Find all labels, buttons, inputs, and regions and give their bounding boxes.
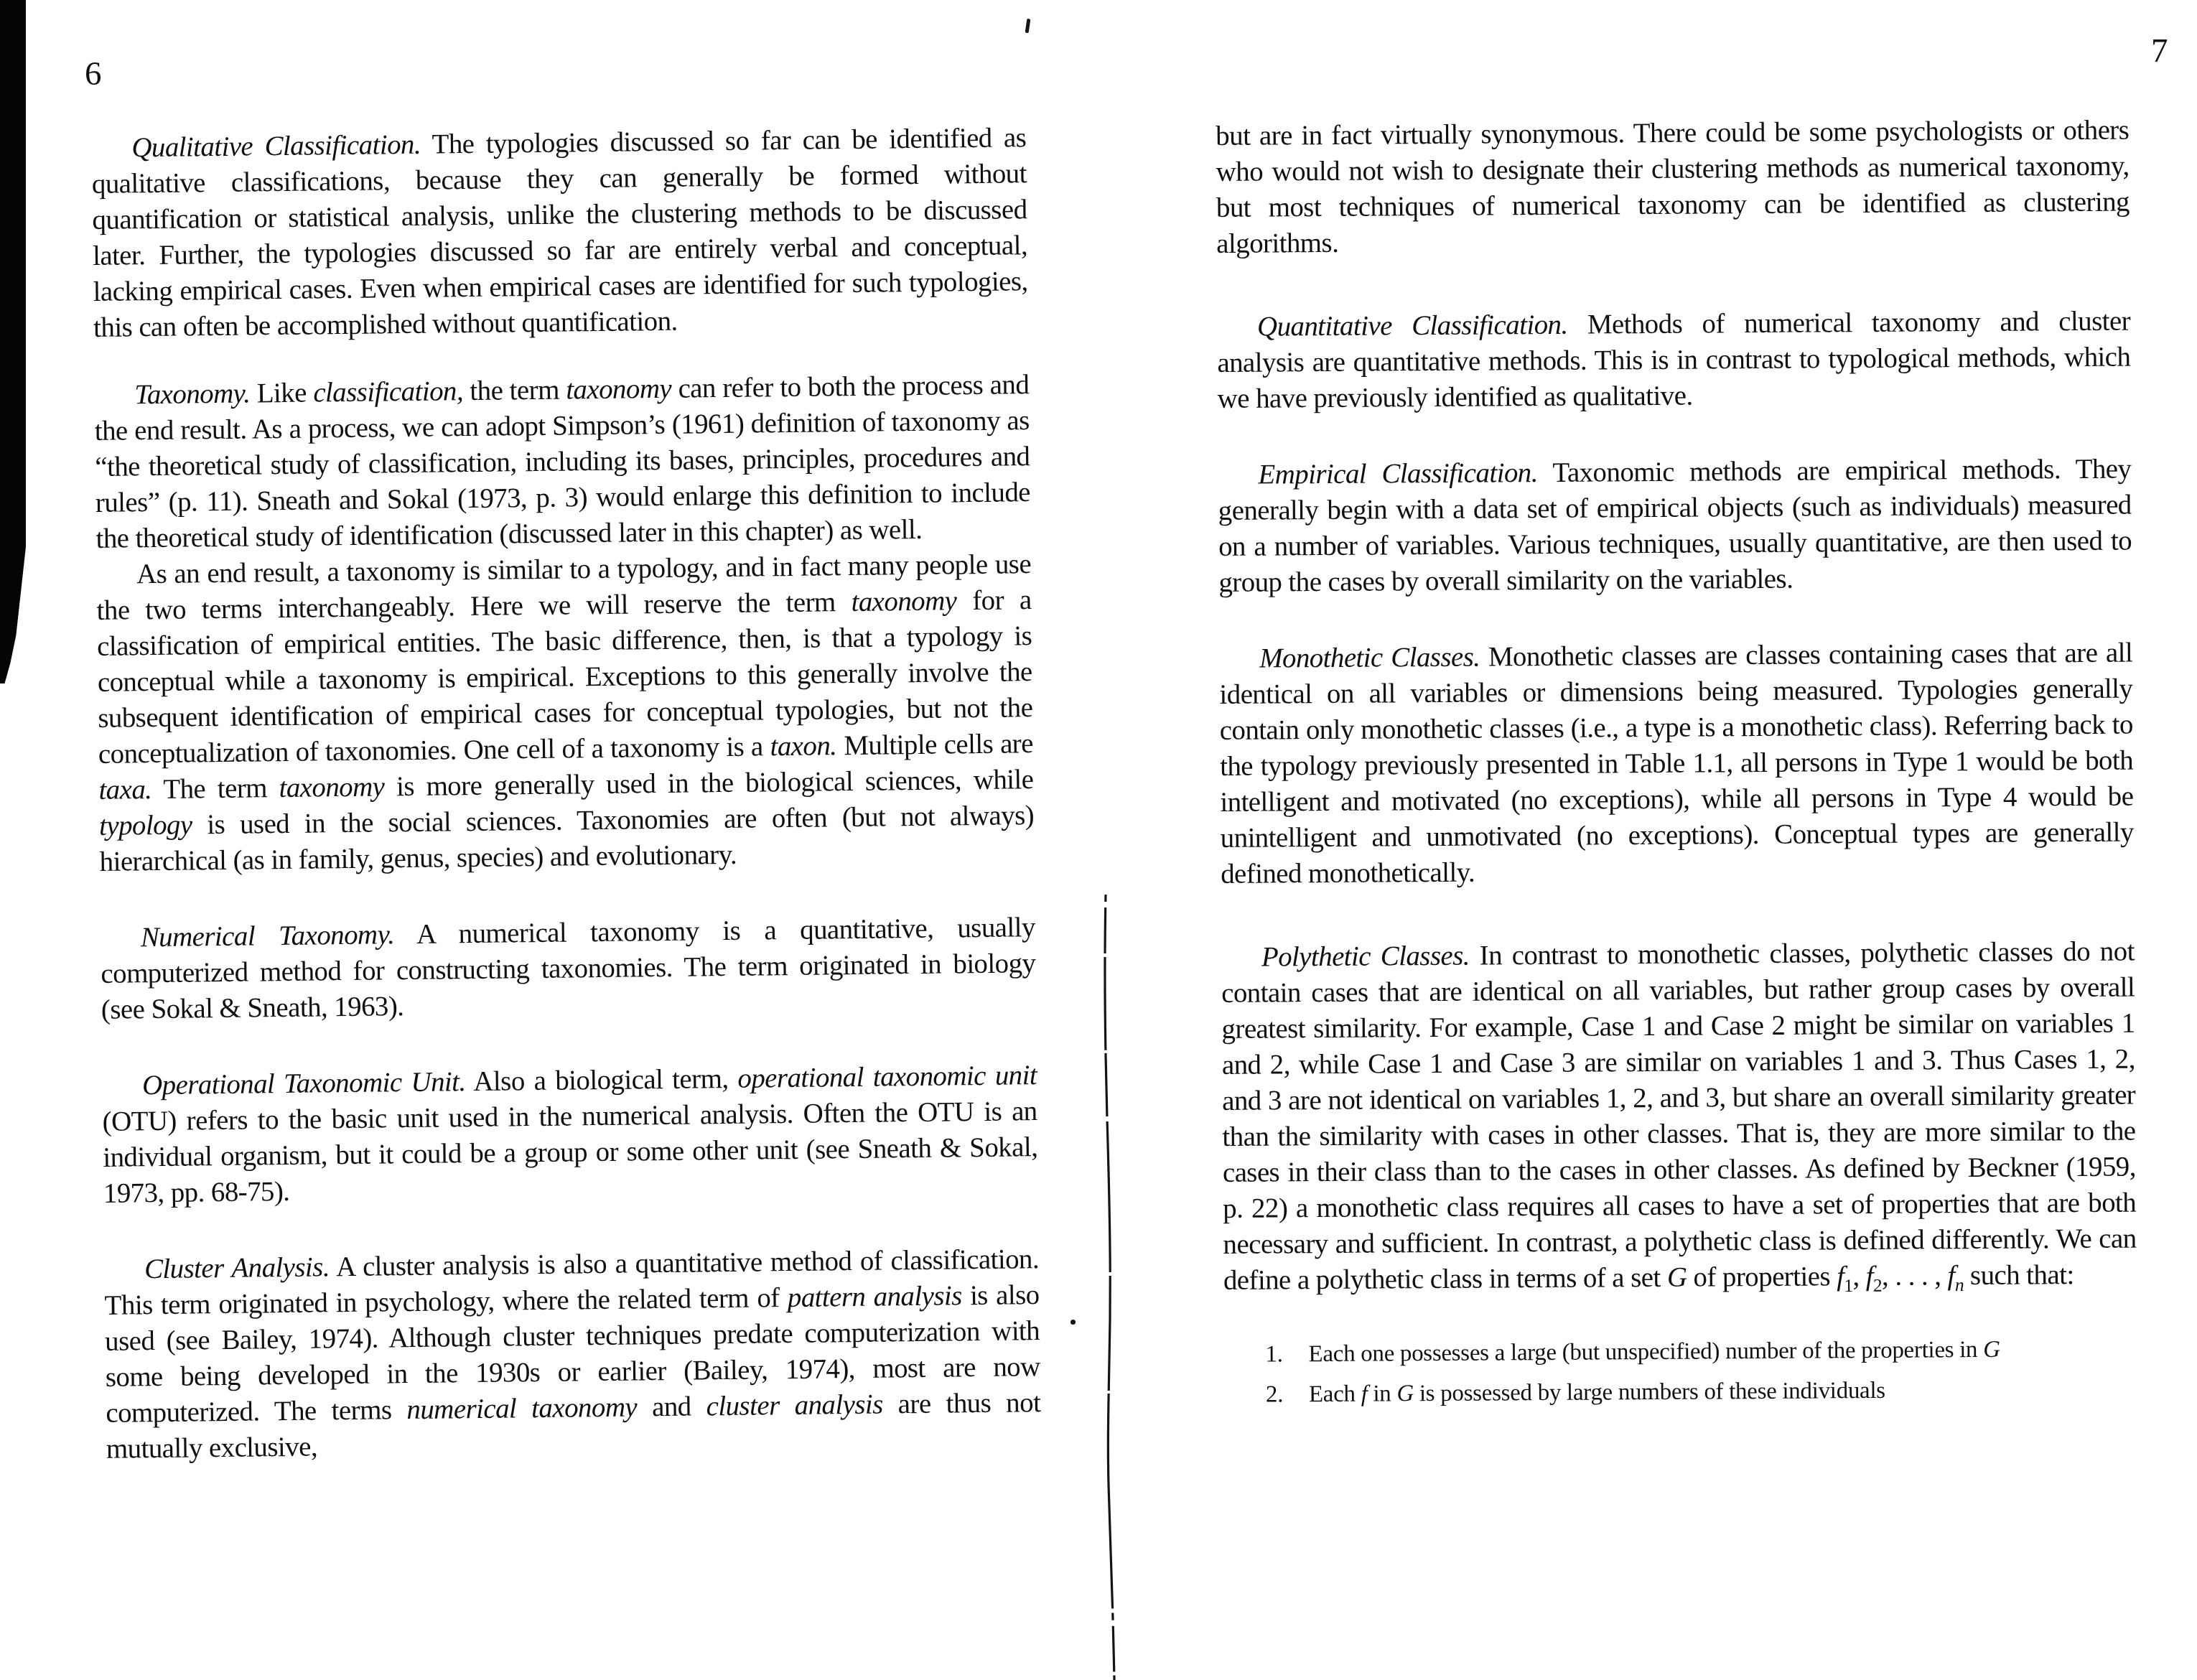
paragraph: Cluster Analysis. A cluster analysis is …	[104, 1241, 1041, 1467]
text-run: in	[1367, 1381, 1396, 1406]
italic-text-run: Polythetic Classes.	[1261, 941, 1470, 973]
italic-text-run: G	[1667, 1262, 1687, 1293]
numbered-list: 1.Each one possesses a large (but unspec…	[1223, 1333, 2137, 1411]
paragraph: As an end result, a taxonomy is similar …	[96, 546, 1035, 880]
text-run: , . . . ,	[1882, 1260, 1948, 1292]
gutter-fold-line	[1096, 882, 1127, 1680]
italic-text-run: pattern analysis	[788, 1280, 962, 1313]
paragraph: Qualitative Classification. The typologi…	[91, 120, 1028, 346]
paragraph: Quantitative Classification. Methods of …	[1217, 304, 2131, 417]
text-run: In contrast to monothetic classes, polyt…	[1221, 936, 2137, 1296]
text-run: The term	[151, 773, 279, 805]
italic-text-run: Numerical Taxonomy.	[141, 919, 395, 953]
text-run: Also a biological term,	[465, 1063, 737, 1097]
italic-text-run: operational taxonomic unit	[737, 1060, 1037, 1094]
italic-text-run: Qualitative Classification.	[131, 129, 421, 164]
right-page-text-column: but are in fact virtually synonymous. Th…	[1215, 0, 2137, 1411]
italic-text-run: typology	[99, 809, 192, 841]
text-run: (OTU) refers to the basic unit used in t…	[102, 1096, 1037, 1209]
text-run: Multiple cells are	[836, 728, 1033, 761]
text-run: Each	[1309, 1381, 1361, 1407]
paragraph: Empirical Classification. Taxonomic meth…	[1218, 452, 2132, 601]
page-number-right: 7	[2151, 32, 2168, 70]
text-run: but are in fact virtually synonymous. Th…	[1216, 115, 2130, 259]
text-run: such that:	[1964, 1259, 2074, 1291]
italic-text-run: f	[1947, 1260, 1955, 1291]
text-run: of properties	[1687, 1261, 1837, 1292]
text-run: is possessed by large numbers of these i…	[1414, 1378, 1885, 1406]
text-run: the term	[463, 375, 566, 407]
paragraph: Numerical Taxonomy. A numerical taxonomy…	[101, 910, 1037, 1028]
text-run: and	[637, 1391, 706, 1422]
paragraph: Operational Taxonomic Unit. Also a biolo…	[102, 1058, 1038, 1212]
italic-text-run: G	[1983, 1337, 2000, 1363]
italic-text-run: f	[1837, 1261, 1844, 1292]
italic-text-run: classification,	[313, 375, 463, 408]
text-run: Monothetic classes are classes containin…	[1219, 638, 2134, 890]
italic-text-run: numerical taxonomy	[406, 1391, 637, 1425]
italic-text-run: Cluster Analysis.	[144, 1251, 330, 1284]
scan-speck	[1025, 19, 1031, 34]
scan-speck	[1070, 1320, 1076, 1325]
italic-text-run: f	[1866, 1261, 1874, 1292]
italic-text-run: Operational Taxonomic Unit.	[142, 1066, 466, 1101]
text-run: is more generally used in the biological…	[384, 764, 1034, 802]
italic-text-run: Monothetic Classes.	[1259, 642, 1480, 674]
list-item-marker: 1.	[1265, 1338, 1282, 1371]
text-run: 1	[1844, 1276, 1852, 1296]
italic-text-run: Empirical Classification.	[1258, 457, 1538, 490]
paragraph: Taxonomy. Like classification, the term …	[94, 367, 1031, 557]
italic-text-run: Quantitative Classification.	[1257, 309, 1568, 342]
paragraph: Monothetic Classes. Monothetic classes a…	[1219, 635, 2134, 892]
list-item-marker: 2.	[1266, 1378, 1283, 1411]
text-run: is used in the social sciences. Taxonomi…	[99, 800, 1034, 877]
text-run: Each one possesses a large (but unspecif…	[1308, 1337, 1983, 1367]
text-run: Like	[250, 378, 313, 409]
italic-text-run: taxonomy	[279, 771, 384, 803]
italic-text-run: G	[1396, 1381, 1414, 1406]
italic-text-run: taxa.	[98, 774, 151, 806]
italic-text-run: taxonomy	[566, 373, 671, 406]
italic-text-run: n	[1955, 1275, 1964, 1295]
italic-text-run: taxon.	[770, 730, 836, 762]
text-run: 2	[1873, 1276, 1882, 1296]
italic-text-run: taxonomy	[851, 585, 956, 617]
left-edge-scan-bar	[0, 0, 26, 683]
italic-text-run: f	[1361, 1381, 1367, 1407]
text-run: ,	[1852, 1261, 1866, 1292]
paragraph: but are in fact virtually synonymous. Th…	[1216, 113, 2130, 262]
numbered-list-item: 2.Each f in G is possessed by large numb…	[1224, 1373, 2137, 1411]
numbered-list-item: 1.Each one possesses a large (but unspec…	[1223, 1333, 2137, 1371]
italic-text-run: Taxonomy.	[134, 378, 251, 411]
italic-text-run: cluster analysis	[706, 1389, 883, 1422]
paragraph: Polythetic Classes. In contrast to monot…	[1221, 934, 2137, 1299]
left-page-text-column: Qualitative Classification. The typologi…	[90, 0, 1041, 1467]
